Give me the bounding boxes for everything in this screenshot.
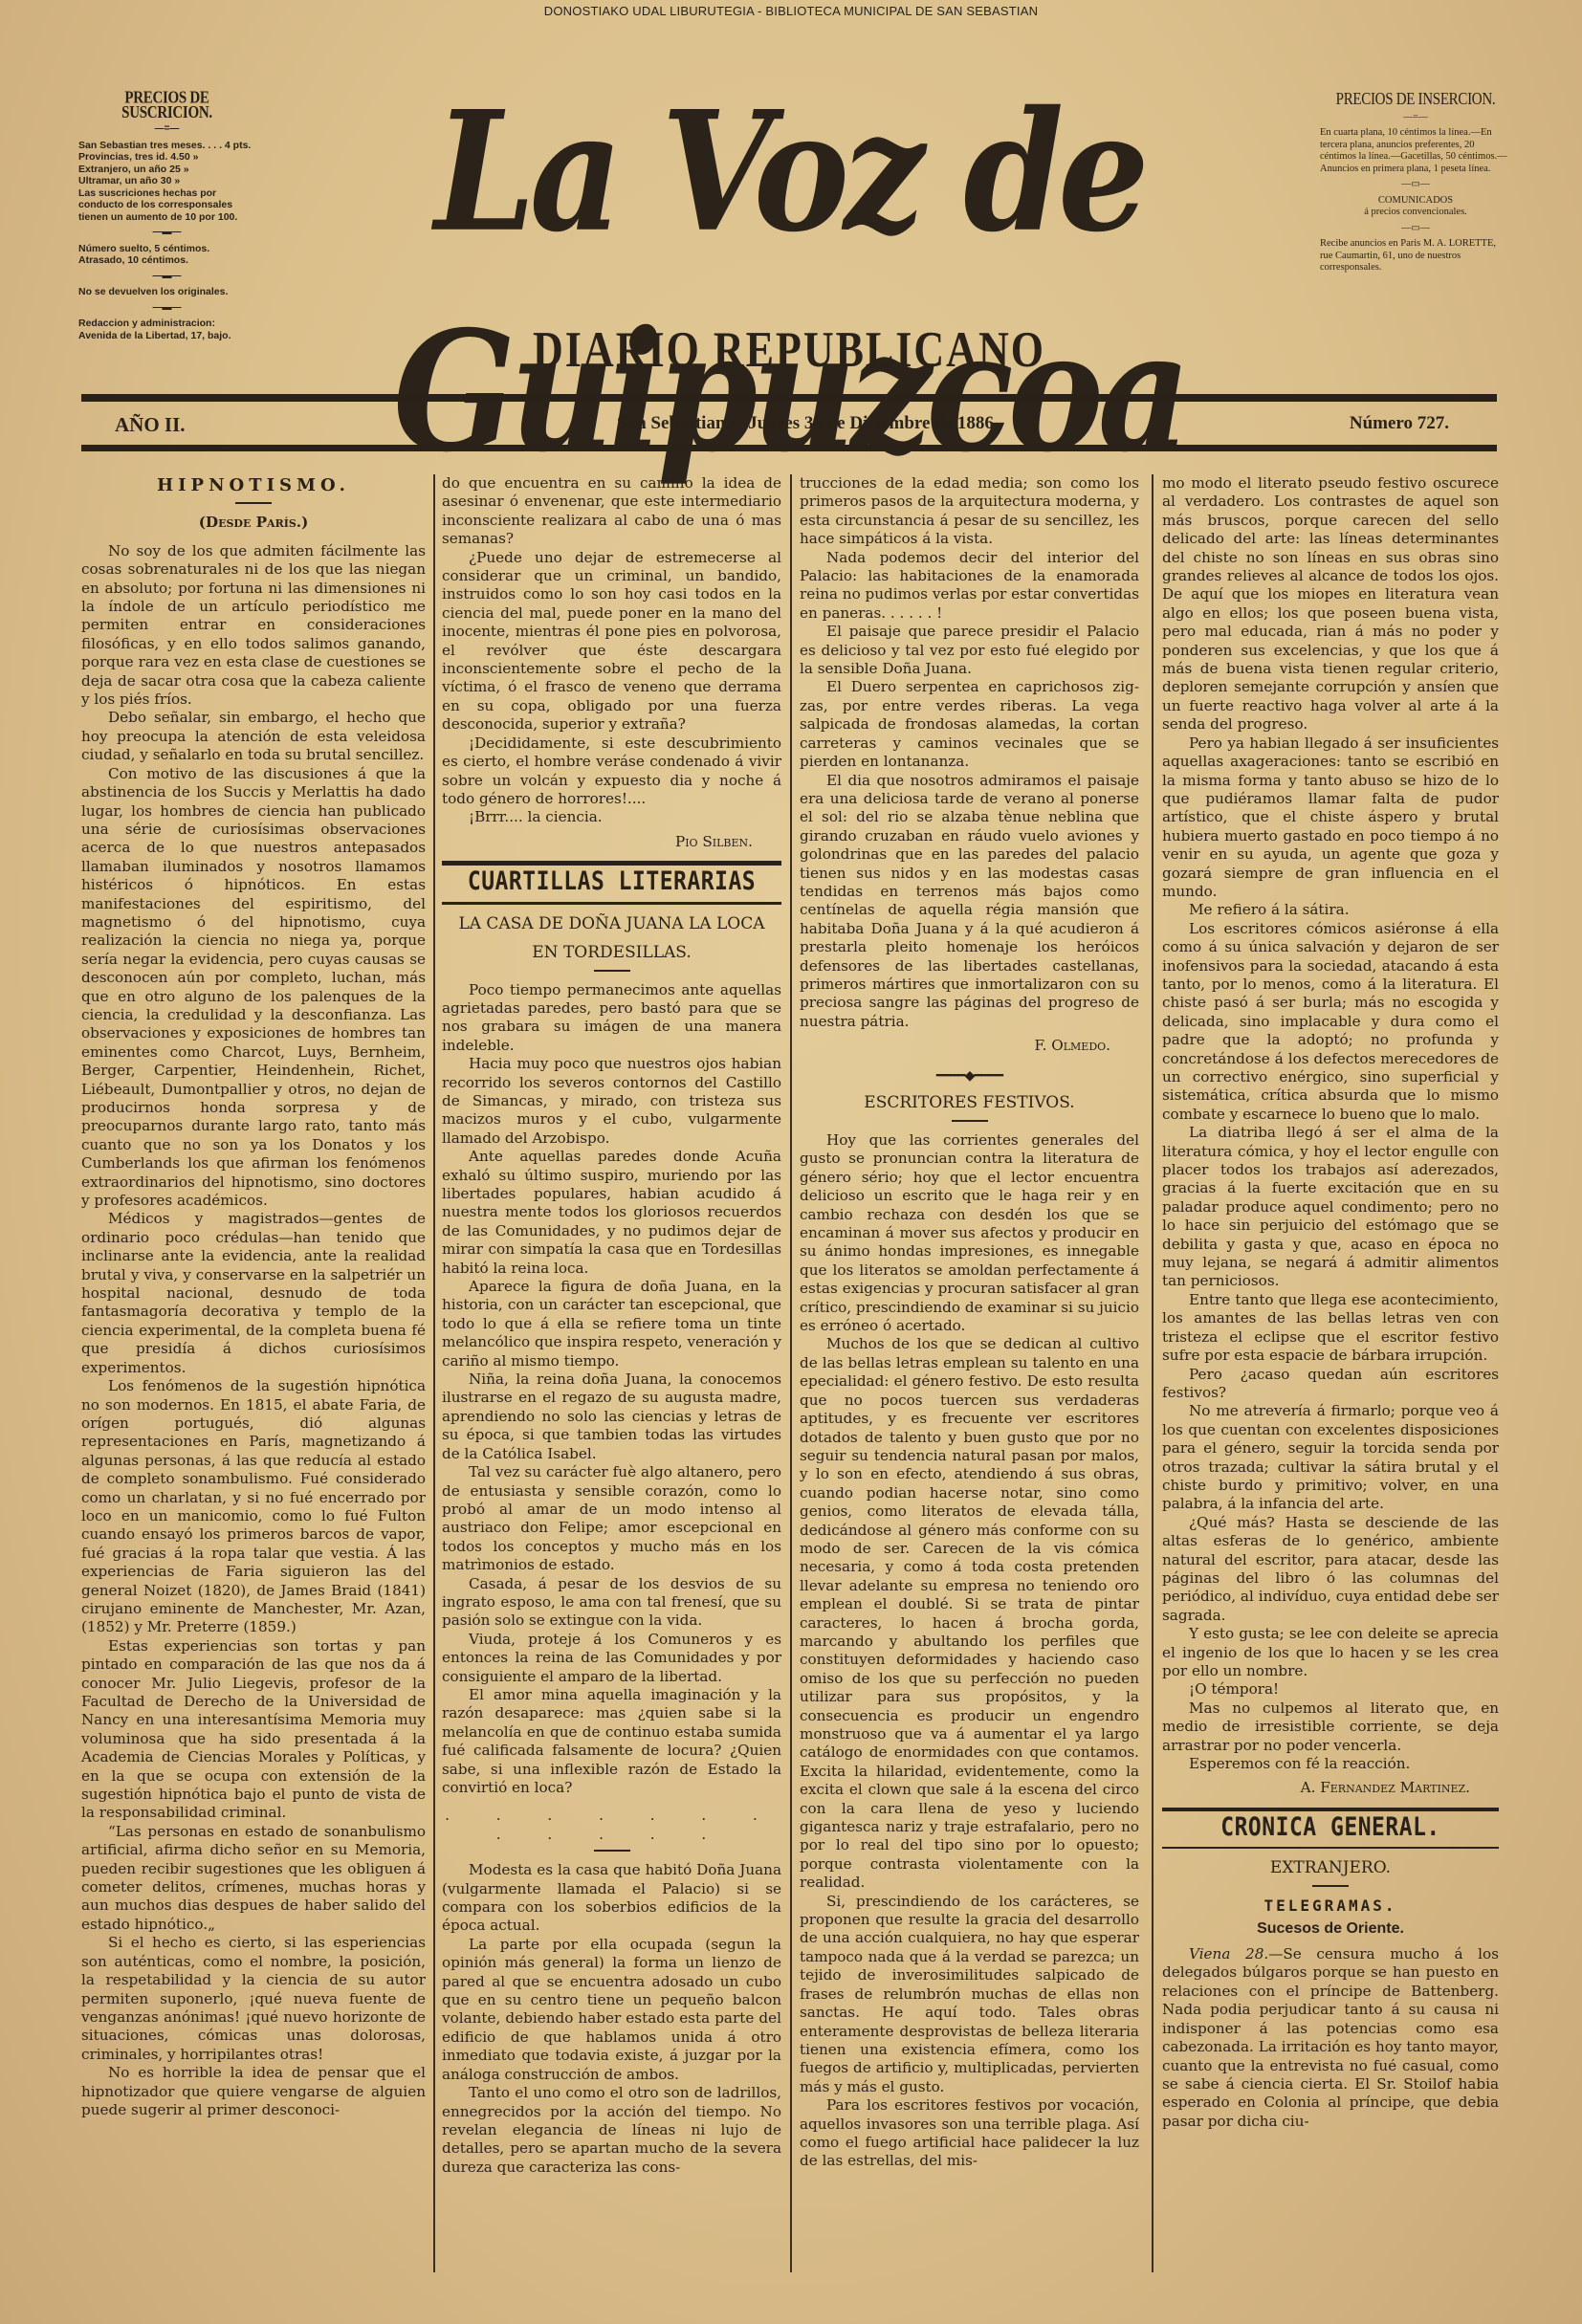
masthead: La Voz de Guipuzcoa DIARIO REPUBLICANO <box>277 91 1301 330</box>
paragraph: Hacia muy poco que nuestros ojos habian … <box>442 1055 781 1148</box>
paragraph: Los escritores cómicos asiéronse á ella … <box>1162 920 1499 1124</box>
paragraph: Estas experiencias son tortas y pan pint… <box>81 1637 426 1823</box>
paragraph: ¡Brrr.... la ciencia. <box>442 808 781 826</box>
column-2: do que encuentra en su camino la idea de… <box>442 474 781 2177</box>
paragraph: Nada podemos decir del interior del Pala… <box>800 549 1139 624</box>
title-dash <box>235 502 272 504</box>
paragraph: El paisaje que parece presidir el Palaci… <box>800 623 1139 678</box>
dateline-bar: AÑO II. San Sebastian.—Juéves 30 de Dici… <box>81 407 1497 440</box>
title-dash <box>1312 1885 1349 1887</box>
paragraph: Pero ya habian llegado á ser insuficient… <box>1162 734 1499 902</box>
article-dateline: (Desde París.) <box>81 514 426 532</box>
newspaper-page: DONOSTIAKO UDAL LIBURUTEGIA - BIBLIOTECA… <box>0 0 1582 2324</box>
paragraph: Poco tiempo permanecimos ante aquellas a… <box>442 981 781 1056</box>
paragraph: El amor mina aquella imaginación y la ra… <box>442 1686 781 1797</box>
section-rule <box>442 861 781 866</box>
paragraph: ¿Puede uno dejar de estremecerse al cons… <box>442 549 781 734</box>
paragraph: Entre tanto que llega ese acontecimiento… <box>1162 1291 1499 1366</box>
paragraph: ¡O témpora! <box>1162 1680 1499 1699</box>
paragraph: Pero ¿acaso quedan aún escritores festiv… <box>1162 1366 1499 1403</box>
paragraph: Niña, la reina doña Juana, la conocemos … <box>442 1370 781 1463</box>
paragraph: “Las personas en estado de sonanbulismo … <box>81 1823 426 1934</box>
insertion-heading: PRECIOS DE INSERCION. <box>1320 93 1511 107</box>
paragraph: do que encuentra en su camino la idea de… <box>442 474 781 549</box>
insertion-prices-box: PRECIOS DE INSERCION. —=— En cuarta plan… <box>1320 94 1511 274</box>
article-title-hipnotismo: HIPNOTISMO. <box>81 476 426 494</box>
section-rule <box>1162 1847 1499 1849</box>
paragraph: Viuda, proteje á los Comuneros y es ento… <box>442 1631 781 1686</box>
section-title-cronica: CRONICA GENERAL. <box>1162 1817 1499 1838</box>
price-line: Extranjero, un año 25 » <box>78 164 255 176</box>
paragraph: La parte por ella ocupada (segun la opin… <box>442 1936 781 2084</box>
ornament-divider: —▬— <box>78 227 255 239</box>
dot-separator: . . . . . . . . . . . . <box>442 1807 781 1844</box>
telegrams-heading: TELEGRAMAS. <box>1162 1896 1499 1915</box>
subsection-extranjero: EXTRANJERO. <box>1162 1856 1499 1879</box>
paragraph: No es horrible la idea de pensar que el … <box>81 2064 426 2119</box>
paragraph: Casada, á pesar de los desvios de su ing… <box>442 1575 781 1631</box>
subscription-prices-box: PRECIOS DE SUSCRICION. —=— San Sebastian… <box>78 94 255 341</box>
title-dash <box>594 970 630 972</box>
article-title-juana: LA CASA DE DOÑA JUANA LA LOCA <box>442 912 781 935</box>
article-title-escritores: ESCRITORES FESTIVOS. <box>800 1091 1139 1114</box>
paragraph: Médicos y magistrados—gentes de ordinari… <box>81 1210 426 1377</box>
column-divider <box>1152 474 1154 2272</box>
price-line: Ultramar, un año 30 » <box>78 175 255 187</box>
section-title-cuartillas: CUARTILLAS LITERARIAS <box>442 872 781 893</box>
comunicados-text: á precios convencionales. <box>1320 207 1511 219</box>
ornament-divider: —▬— <box>78 302 255 315</box>
author-signature: F. Olmedo. <box>800 1037 1139 1055</box>
paragraph: Muchos de los que se dedican al cultivo … <box>800 1335 1139 1892</box>
paragraph: Mas no culpemos al literato que, en medi… <box>1162 1699 1499 1755</box>
comunicados-title: COMUNICADOS <box>1320 195 1511 208</box>
paragraph: Con motivo de las discusiones á que la a… <box>81 765 426 1211</box>
paragraph: Ante aquellas paredes donde Acuña exhaló… <box>442 1148 781 1278</box>
paragraph: Aparece la figura de doña Juana, en la h… <box>442 1278 781 1370</box>
paragraph: Si el hecho es cierto, si las esperienci… <box>81 1934 426 2064</box>
subscription-heading: PRECIOS DE SUSCRICION. <box>78 92 255 121</box>
masthead-rule-bottom <box>81 445 1497 451</box>
paragraph: Tal vez su carácter fuè algo altanero, p… <box>442 1463 781 1574</box>
title-dash <box>952 1120 988 1122</box>
column-divider <box>433 474 435 2272</box>
paragraph: ¿Qué más? Hasta se desciende de las alta… <box>1162 1514 1499 1625</box>
news-paragraph: Viena 28.—Se censura mucho á los delegad… <box>1162 1945 1499 2131</box>
column-3: trucciones de la edad media; son como lo… <box>800 474 1139 2171</box>
ornament-divider: —=— <box>78 123 255 136</box>
insertion-rates: En cuarta plana, 10 céntimos la línea.—E… <box>1320 127 1511 175</box>
paragraph: No me atrevería á firmarlo; porque veo á… <box>1162 1402 1499 1513</box>
paragraph: El Duero serpentea en caprichosos zig-za… <box>800 678 1139 771</box>
issue-number: Número 727. <box>1350 413 1449 434</box>
newspaper-subtitle: DIARIO REPUBLICANO <box>277 320 1301 379</box>
column-1: HIPNOTISMO. (Desde París.) No soy de los… <box>81 474 426 2119</box>
ornament-divider: —▭— <box>1320 223 1511 235</box>
section-rule <box>442 902 781 905</box>
column-4: mo modo el literato pseudo festivo oscur… <box>1162 474 1499 2131</box>
library-watermark: DONOSTIAKO UDAL LIBURUTEGIA - BIBLIOTECA… <box>0 4 1582 18</box>
paragraph: Si, prescindiendo de los carácteres, se … <box>800 1893 1139 2096</box>
price-line: Provincias, tres id. 4.50 » <box>78 151 255 164</box>
volume-year: AÑO II. <box>115 413 186 437</box>
section-rule <box>1162 1808 1499 1811</box>
author-signature: Pio Silben. <box>442 833 781 851</box>
paragraph: Para los escritores festivos por vocació… <box>800 2096 1139 2171</box>
paragraph: Y esto gusta; se lee con deleite se apre… <box>1162 1625 1499 1680</box>
issue-date: San Sebastian.—Juéves 30 de Diciembre de… <box>617 413 999 434</box>
paragraph: Esperemos con fé la reacción. <box>1162 1755 1499 1773</box>
price-line: Las suscriciones hechas por conducto de … <box>78 187 255 224</box>
news-headline: Sucesos de Oriente. <box>1162 1919 1499 1938</box>
article-title-juana-line2: EN TORDESILLAS. <box>442 941 781 964</box>
paragraph: Debo señalar, sin embargo, el hecho que … <box>81 709 426 764</box>
single-issue-price: Número suelto, 5 céntimos. Atrasado, 10 … <box>78 243 255 267</box>
news-text: —Se censura mucho á los delegados búlgar… <box>1162 1945 1499 2130</box>
paragraph: No soy de los que admiten fácilmente las… <box>81 542 426 710</box>
paragraph: ¡Decididamente, si este descubrimiento e… <box>442 734 781 809</box>
paragraph: Hoy que las corrientes generales del gus… <box>800 1131 1139 1335</box>
originals-note: No se devuelven los originales. <box>78 286 255 298</box>
paragraph: Me refiero á la sátira. <box>1162 901 1499 919</box>
paragraph: La diatriba llegó á ser el alma de la li… <box>1162 1124 1499 1291</box>
ornament-divider: —▬— <box>78 271 255 283</box>
paragraph: Los fenómenos de la sugestión hipnótica … <box>81 1377 426 1637</box>
paragraph: mo modo el literato pseudo festivo oscur… <box>1162 474 1499 734</box>
paragraph: Tanto el uno como el otro son de ladrill… <box>442 2084 781 2177</box>
ornamental-divider: ━━━━◆━━━━ <box>800 1067 1139 1085</box>
news-dateline: Viena 28. <box>1189 1945 1268 1962</box>
title-dash <box>594 1850 630 1852</box>
author-signature: A. Fernandez Martinez. <box>1162 1779 1499 1797</box>
column-divider <box>790 474 792 2272</box>
masthead-rule-top <box>81 394 1497 402</box>
paragraph: Modesta es la casa que habitó Doña Juana… <box>442 1861 781 1936</box>
office-address: Redaccion y administracion: Avenida de l… <box>78 318 255 341</box>
ornament-divider: —=— <box>1320 112 1511 124</box>
price-line: San Sebastian tres meses. . . . 4 pts. <box>78 140 255 152</box>
paragraph: El dia que nosotros admiramos el paisaje… <box>800 772 1139 1032</box>
ornament-divider: —▭— <box>1320 179 1511 191</box>
paragraph: trucciones de la edad media; son como lo… <box>800 474 1139 549</box>
paris-agent: Recibe anuncios en Paris M. A. LORETTE, … <box>1320 238 1511 274</box>
